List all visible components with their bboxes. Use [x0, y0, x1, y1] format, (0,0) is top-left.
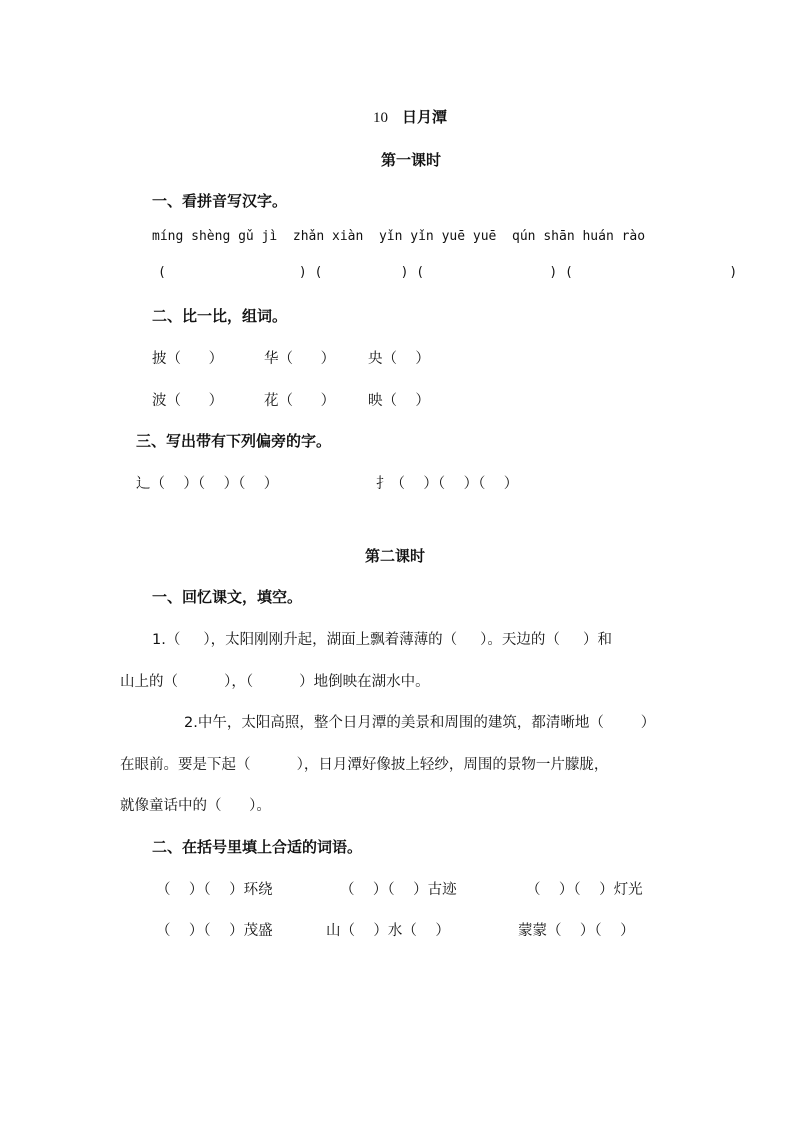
p1-section2-heading: 二、比一比，组词。 [152, 305, 287, 326]
pinyin-answer-blanks: ( ) ( ) ( ) ( ) [158, 265, 737, 280]
recall-line-2: 山上的（ ），（ ）地倒映在湖水中。 [120, 670, 430, 691]
lesson-part2-title: 第二课时 [365, 545, 425, 566]
page-title: 10日月潭 [373, 106, 447, 127]
fill-item: （ ）（ ）茂盛 [156, 919, 273, 940]
pinyin-line: míng shèng gǔ jì zhǎn xiàn yǐn yǐn yuē y… [152, 229, 645, 244]
fill-item: （ ）（ ）古迹 [340, 878, 457, 899]
recall-line-1: 1.（ ），太阳刚刚升起，湖面上飘着薄薄的（ ）。天边的（ ）和 [152, 628, 612, 649]
p2-section2-heading: 二、在括号里填上合适的词语。 [152, 836, 362, 857]
fill-item: 山（ ）水（ ） [326, 919, 450, 940]
p1-section3-heading: 三、写出带有下列偏旁的字。 [136, 430, 331, 451]
fill-item: （ ）（ ）灯光 [526, 878, 643, 899]
p2-section1-heading: 一、回忆课文，填空。 [152, 586, 302, 607]
recall-line-4: 在眼前。要是下起（ ），日月潭好像披上轻纱，周围的景物一片朦胧， [120, 753, 608, 774]
compare-item: 波（ ） [152, 389, 223, 410]
lesson-number: 10 [373, 110, 388, 126]
radical-chuo-blanks: 辶（ ）（ ）（ ） [136, 472, 278, 493]
lesson-part1-title: 第一课时 [381, 149, 441, 170]
recall-line-3: 2.中午，太阳高照，整个日月潭的美景和周围的建筑，都清晰地（ ） [184, 711, 655, 732]
compare-item: 映（ ） [368, 389, 430, 410]
compare-item: 华（ ） [264, 347, 335, 368]
compare-item: 披（ ） [152, 347, 223, 368]
compare-item: 央（ ） [368, 347, 430, 368]
radical-shou-blanks: 扌（ ）（ ）（ ） [376, 472, 518, 493]
fill-item: 蒙蒙（ ）（ ） [518, 919, 635, 940]
compare-item: 花（ ） [264, 389, 335, 410]
lesson-title: 日月潭 [402, 108, 447, 126]
fill-item: （ ）（ ）环绕 [156, 878, 273, 899]
p1-section1-heading: 一、看拼音写汉字。 [152, 190, 287, 211]
recall-line-5: 就像童话中的（ ）。 [120, 794, 271, 815]
